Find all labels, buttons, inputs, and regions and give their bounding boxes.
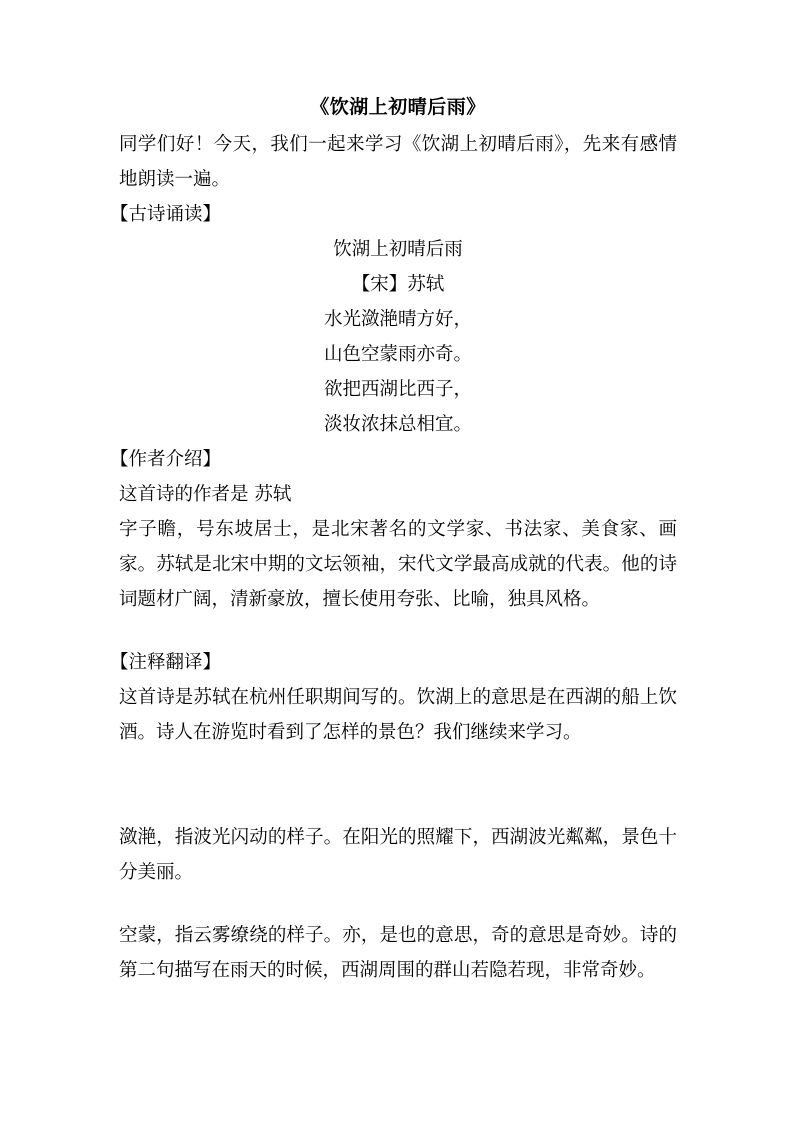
section-heading-notes: 【注释翻译】 (110, 645, 677, 680)
section-heading-recite: 【古诗诵读】 (110, 197, 677, 232)
blank-line (119, 617, 677, 645)
poem-line-1: 水光潋滟晴方好， (119, 302, 677, 337)
section-heading-author: 【作者介绍】 (110, 442, 677, 477)
author-lead-paragraph: 这首诗的作者是 苏轼 (119, 477, 677, 512)
notes-intro-paragraph: 这首诗是苏轼在杭州任职期间写的。饮湖上的意思是在西湖的船上饮酒。诗人在游览时看到… (119, 680, 677, 750)
intro-paragraph: 同学们好！今天，我们一起来学习《饮湖上初晴后雨》，先来有感情地朗读一遍。 (119, 127, 677, 197)
poem-author: 【宋】苏轼 (119, 267, 677, 302)
document-title: 《饮湖上初晴后雨》 (119, 88, 677, 127)
note-lianyan-paragraph: 潋滟，指波光闪动的样子。在阳光的照耀下，西湖波光粼粼，景色十分美丽。 (119, 820, 677, 890)
document-page: 《饮湖上初晴后雨》 同学们好！今天，我们一起来学习《饮湖上初晴后雨》，先来有感情… (0, 0, 794, 1123)
poem-line-4: 淡妆浓抹总相宜。 (119, 407, 677, 442)
note-kongmeng-paragraph: 空蒙，指云雾缭绕的样子。亦，是也的意思，奇的意思是奇妙。诗的第二句描写在雨天的时… (119, 918, 677, 988)
blank-line (119, 750, 677, 820)
poem-line-2: 山色空蒙雨亦奇。 (119, 337, 677, 372)
poem-title: 饮湖上初晴后雨 (119, 232, 677, 267)
blank-line (119, 890, 677, 918)
author-body-paragraph: 字子瞻，号东坡居士，是北宋著名的文学家、书法家、美食家、画家。苏轼是北宋中期的文… (119, 512, 677, 617)
poem-line-3: 欲把西湖比西子， (119, 372, 677, 407)
poem-block: 饮湖上初晴后雨 【宋】苏轼 水光潋滟晴方好， 山色空蒙雨亦奇。 欲把西湖比西子，… (119, 232, 677, 442)
